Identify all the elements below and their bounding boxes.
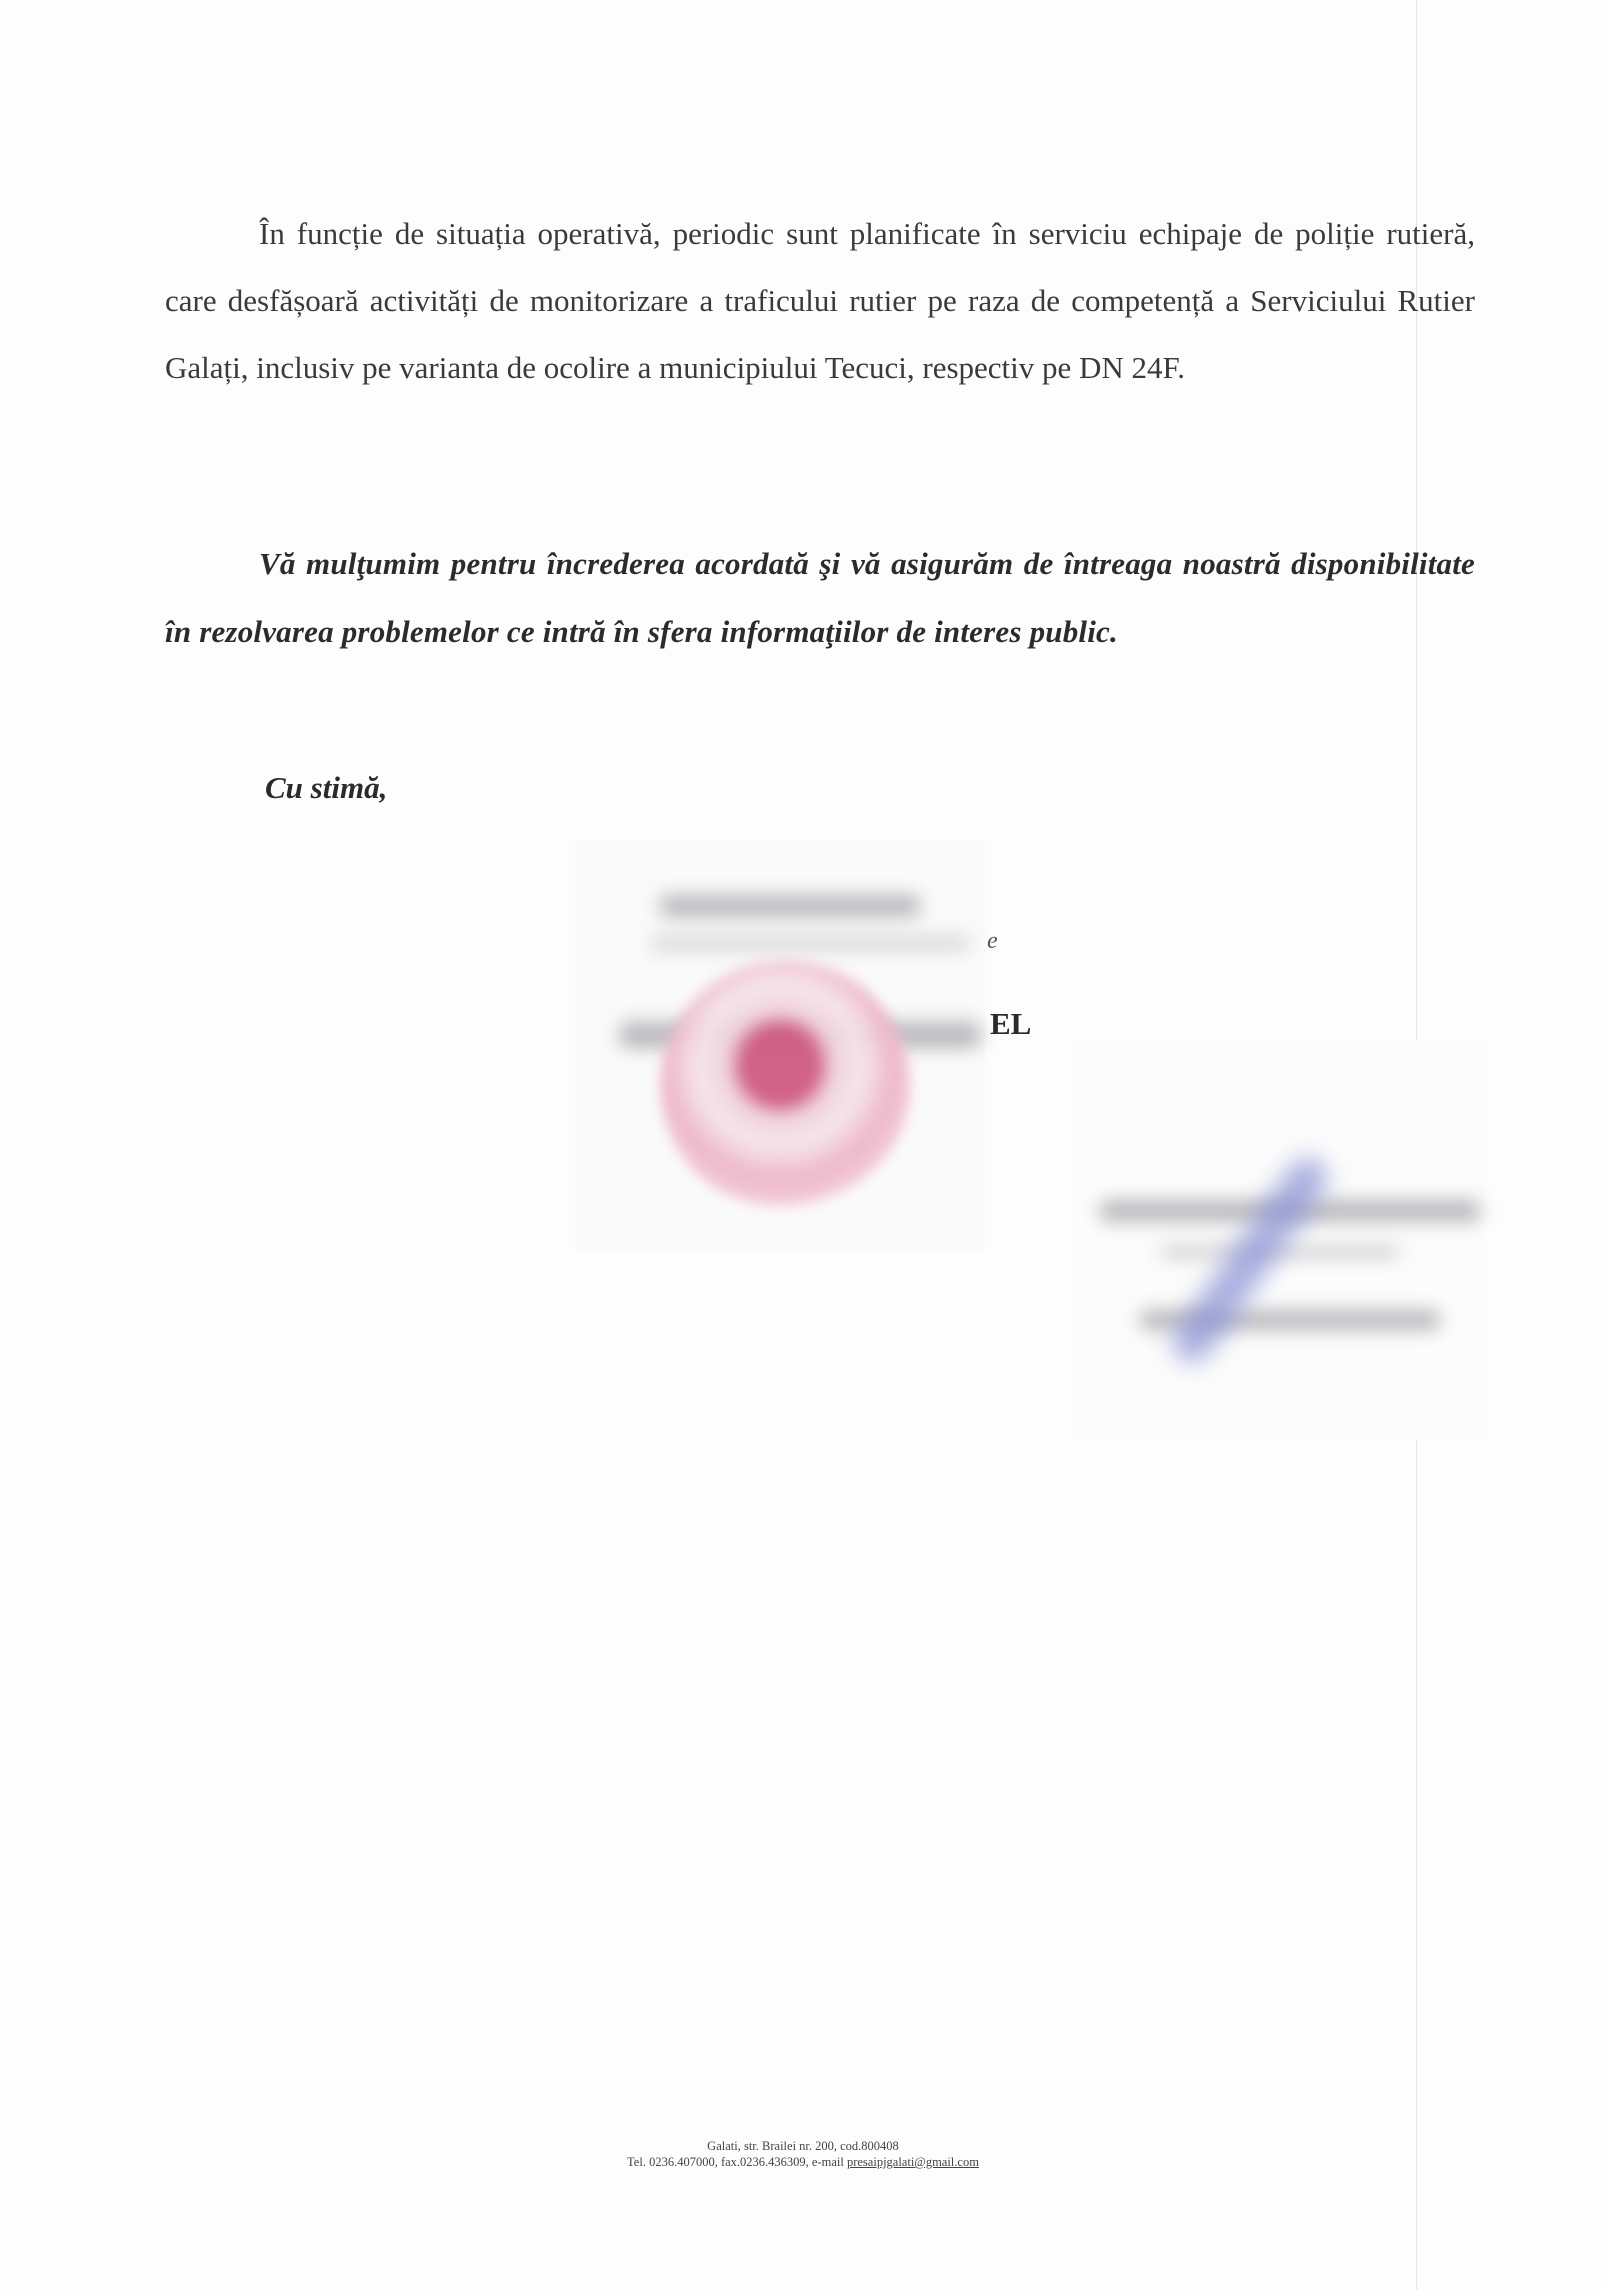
redacted-title-line xyxy=(660,895,920,917)
paragraph-traffic-monitoring: În funcție de situația operativă, period… xyxy=(165,200,1475,401)
official-stamp-icon xyxy=(660,960,910,1210)
name-fragment: EL xyxy=(990,1006,1031,1042)
paragraph-text: În funcție de situația operativă, period… xyxy=(165,216,1475,385)
footer-contact: Tel. 0236.407000, fax.0236.436309, e-mai… xyxy=(0,2154,1606,2170)
footer-address: Galati, str. Brailei nr. 200, cod.800408 xyxy=(0,2138,1606,2154)
paragraph-thanks: Vă mulţumim pentru încrederea acordată ş… xyxy=(165,530,1475,666)
footer-contact-text: Tel. 0236.407000, fax.0236.436309, e-mai… xyxy=(627,2155,847,2169)
closing-salutation: Cu stimă, xyxy=(265,770,387,806)
redacted-subtitle-line xyxy=(650,935,970,951)
title-fragment: e xyxy=(987,928,998,955)
document-footer: Galati, str. Brailei nr. 200, cod.800408… xyxy=(0,2138,1606,2170)
footer-email-link[interactable]: presaipjgalati@gmail.com xyxy=(847,2155,979,2169)
paragraph-text: Vă mulţumim pentru încrederea acordată ş… xyxy=(165,546,1475,649)
